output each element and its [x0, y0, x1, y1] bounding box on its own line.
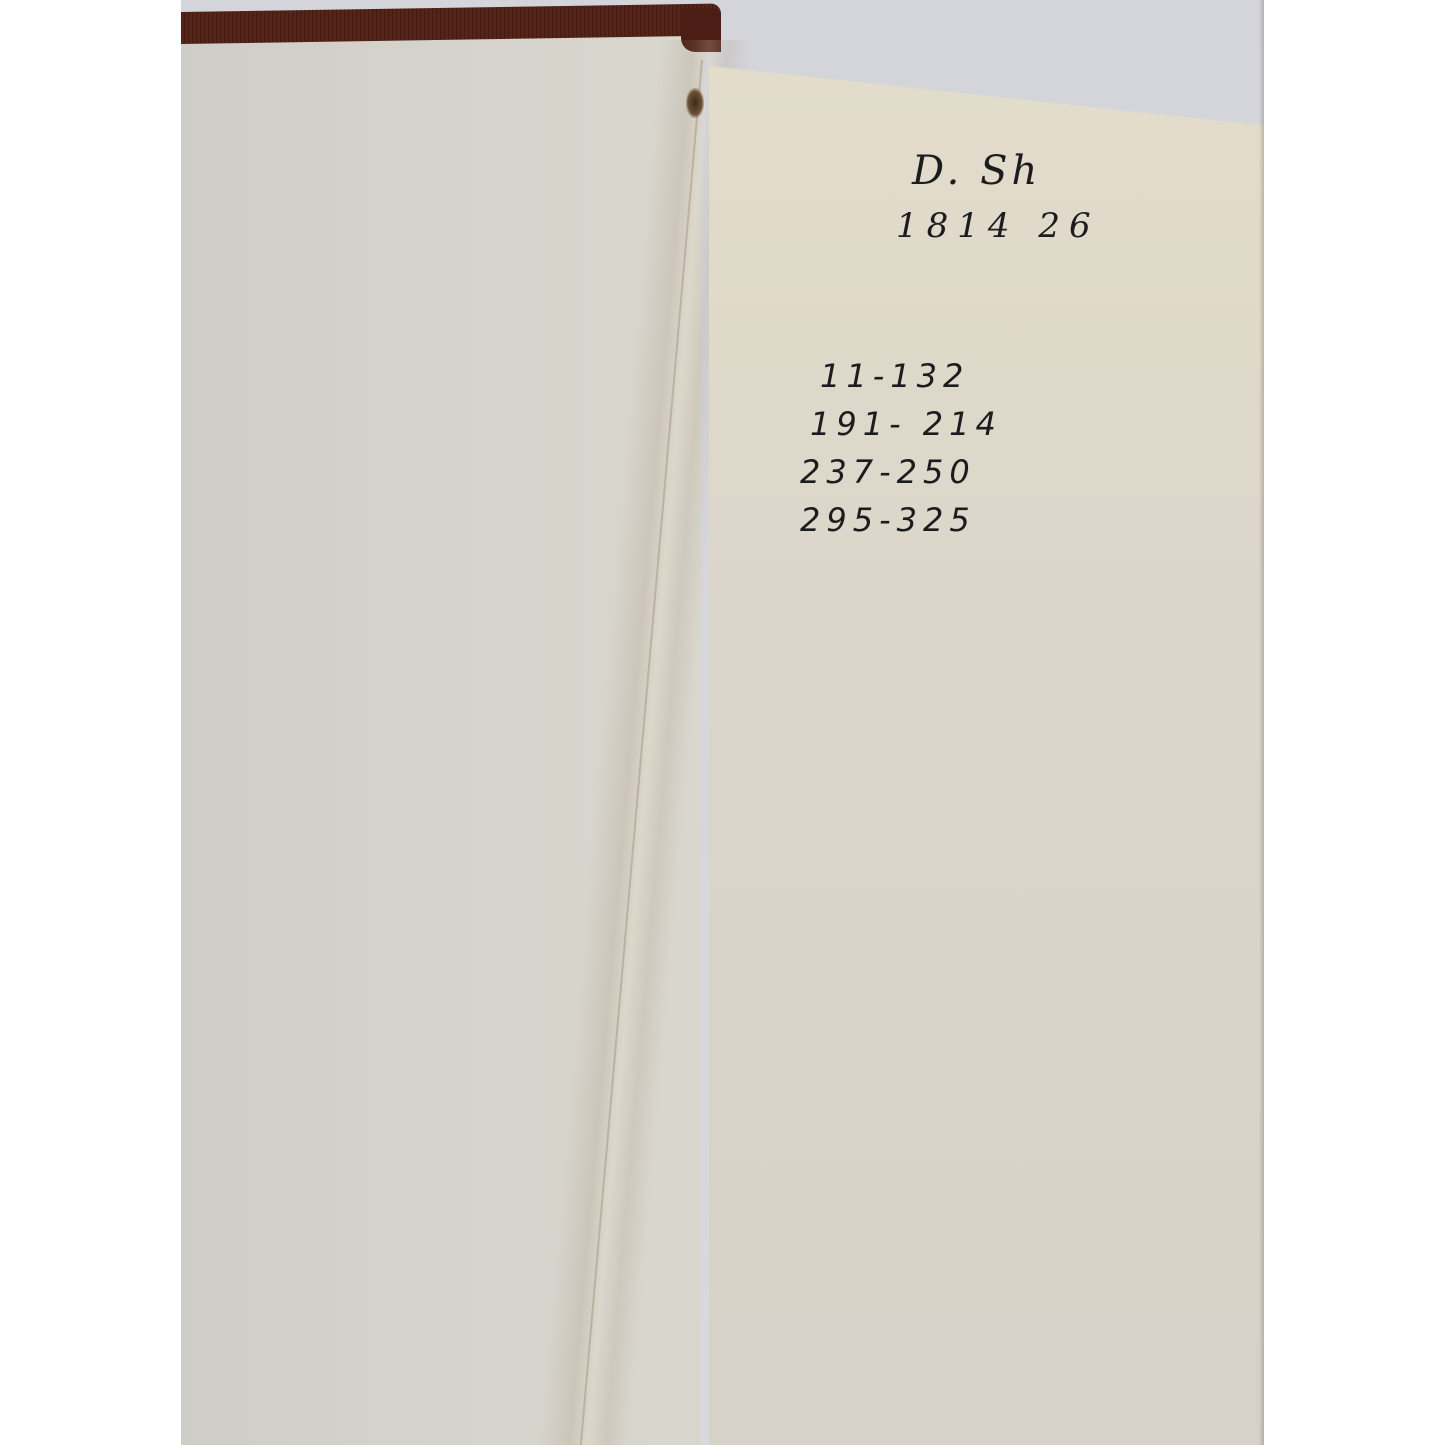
right-endpaper-page	[709, 66, 1264, 1445]
handwritten-number: 1814 26	[896, 206, 1100, 246]
page-range: 191- 214	[800, 400, 1002, 448]
hinge-damage-spot	[686, 88, 704, 118]
book-photo	[181, 0, 1264, 1445]
page-range: 237-250	[800, 448, 1002, 496]
page-range: 295-325	[800, 496, 1002, 544]
handwritten-signature: D. Sh	[912, 148, 1041, 194]
page-edge-shadow	[1259, 0, 1264, 1445]
page-range: 11-132	[800, 352, 1002, 400]
handwritten-page-ranges: 11-132 191- 214 237-250 295-325	[800, 352, 1002, 544]
